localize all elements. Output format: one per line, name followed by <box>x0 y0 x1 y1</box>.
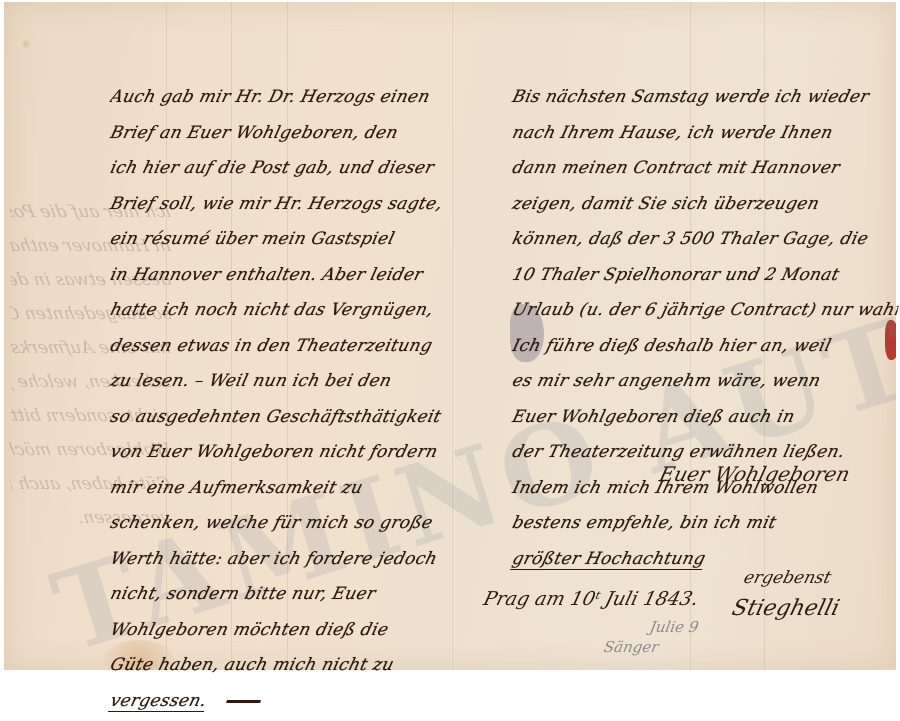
text-line: Brief an Euer Wohlgeboren, den <box>106 118 460 154</box>
signature-prefix: ergebenst <box>742 568 849 588</box>
text-line: Werth hätte: aber ich fordere jedoch <box>106 544 460 580</box>
text-line: Urlaub (u. der 6 jährige Contract) nur w… <box>508 295 900 331</box>
text-line: in Hannover enthalten. Aber leider <box>106 260 460 296</box>
text-line: Wohlgeboren möchten dieß die <box>106 615 460 651</box>
pencil-annotation: Sänger <box>602 638 660 656</box>
foxing-stain <box>22 40 30 48</box>
text-line: ich hier auf die Post gab, und dieser <box>106 153 460 189</box>
text-line: nach Ihrem Hause, ich werde Ihnen <box>508 118 900 154</box>
closing-salutation: Euer Wohlgeboren <box>657 462 852 486</box>
signature-block: ergebenst Stieghelli <box>721 568 849 621</box>
text-line: Bis nächsten Samstag werde ich wieder <box>508 82 900 118</box>
text-line: dessen etwas in den Theaterzeitung <box>106 331 460 367</box>
text-line: hatte ich noch nicht das Vergnügen, <box>106 295 460 331</box>
text-line: nicht, sondern bitte nur, Euer <box>106 579 460 615</box>
text-line: von Euer Wohlgeboren nicht fordern <box>106 437 460 473</box>
right-page: Bis nächsten Samstag werde ich wieder na… <box>512 82 897 579</box>
text-line: dann meinen Contract mit Hannover <box>508 153 900 189</box>
text-line: Auch gab mir Hr. Dr. Herzogs einen <box>106 82 460 118</box>
text-line: können, daß der 3 500 Thaler Gage, die <box>508 224 900 260</box>
text-line: so ausgedehnten Geschäftsthätigkeit <box>106 402 460 438</box>
underlined-phrase: größter Hochachtung <box>510 549 708 570</box>
text-line: mir eine Aufmerksamkeit zu <box>106 473 460 509</box>
text-line: bestens empfehle, bin ich mit <box>508 508 900 544</box>
text-line: zu lesen. – Weil nun ich bei den <box>106 366 460 402</box>
text-line: Ich führe dieß deshalb hier an, weil <box>508 331 900 367</box>
text-line: ein résumé über mein Gastspiel <box>106 224 460 260</box>
pencil-annotation: Julie 9 <box>648 618 700 636</box>
text-line: zeigen, damit Sie sich überzeugen <box>508 189 900 225</box>
left-page: Auch gab mir Hr. Dr. Herzogs einen Brief… <box>110 82 455 675</box>
signature: Stieghelli <box>729 596 842 621</box>
text-line: es mir sehr angenehm wäre, wenn <box>508 366 900 402</box>
text-line: Brief soll, wie mir Hr. Herzogs sagte, <box>106 189 460 225</box>
text-line: Güte haben, auch mich nicht zu <box>106 650 460 675</box>
text-line: Euer Wohlgeboren dieß auch in <box>508 402 900 438</box>
text-line: schenken, welche für mich so große <box>106 508 460 544</box>
place-and-date: Prag am 10ᵗ Juli 1843. <box>481 588 701 610</box>
text-line: 10 Thaler Spielhonorar und 2 Monat <box>508 260 900 296</box>
